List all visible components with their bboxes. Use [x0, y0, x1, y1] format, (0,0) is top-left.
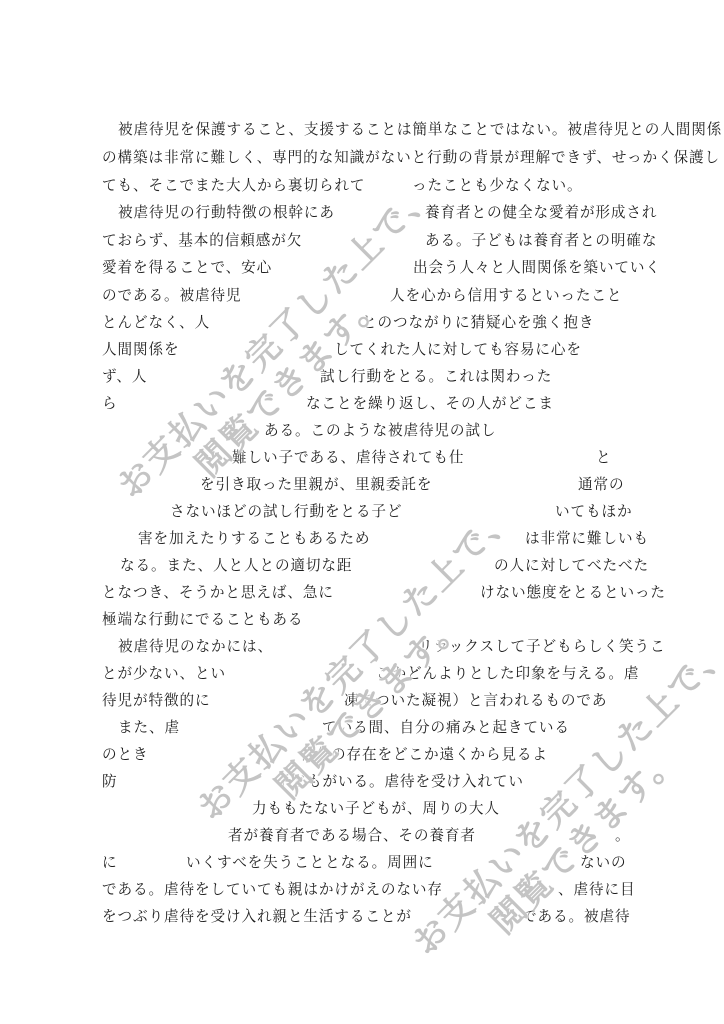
- text-line-segment: また、虐: [118, 719, 180, 737]
- text-line-segment: 被虐待児の行動特徴の根幹にあ: [118, 204, 335, 222]
- text-line-segment: 出会う人々と人間関係を築いていく: [413, 259, 661, 277]
- text-line-segment: 試し行動をとる。これは関わった: [320, 368, 552, 386]
- text-line-segment: ら: [102, 395, 118, 413]
- text-line-segment: 、虐待に目: [558, 881, 635, 899]
- text-line-segment: 通常の: [578, 476, 624, 494]
- text-line-segment: と: [596, 449, 612, 467]
- text-line-segment: 愛着を得ることで、安心: [102, 259, 272, 277]
- text-line-segment: ったことも少なくない。: [412, 177, 582, 195]
- text-line-segment: 人間関係を: [102, 341, 179, 359]
- text-line-segment: ず、人: [102, 368, 147, 386]
- text-line-segment: のとき: [102, 746, 148, 764]
- text-line-segment: 待児が特徴的に: [102, 692, 210, 710]
- text-line-segment: とんどなく、人: [102, 314, 210, 332]
- text-line-segment: となつき、そうかと思えば、急に: [102, 584, 334, 602]
- text-line-segment: の構築は非常に難しく、専門的な知識がないと行動の背景が理解できず、せっかく保護し: [102, 149, 720, 167]
- text-line-segment: 害を加えたりすることもあるため: [138, 530, 370, 548]
- text-line-segment: してくれた人に対しても容易に心を: [334, 341, 582, 359]
- text-line-segment: とのつながりに猜疑心を強く抱き: [362, 314, 594, 332]
- text-line-segment: いてもほか: [555, 503, 632, 521]
- text-line-segment: 防: [102, 773, 118, 791]
- text-line-segment: ておらず、基本的信頼感が欠: [102, 232, 302, 250]
- text-line-segment: なことを繰り返し、その人がどこま: [306, 395, 554, 413]
- text-line-segment: 難しい子である、虐待されても仕: [232, 449, 464, 467]
- text-line-segment: 人を心から信用するといったこと: [390, 287, 622, 305]
- text-line-segment: 極端な行動にでることもある: [102, 611, 303, 629]
- text-line-segment: ても、そこでまた大人から裏切られて: [102, 177, 365, 195]
- text-line-segment: に: [102, 854, 118, 872]
- text-line-segment: とが少ない、とい: [102, 665, 226, 683]
- text-line-segment: である。虐待をしていても親はかけがえのない存: [102, 881, 443, 899]
- text-line-segment: さないほどの試し行動をとる子ど: [170, 503, 402, 521]
- text-line-segment: を引き取った里親が、里親委託を: [200, 476, 432, 494]
- text-line-segment: 被虐待児を保護すること、支援することは簡単なことではない。被虐待児との人間関係: [118, 121, 722, 139]
- text-line-segment: 被虐待児のなかには、: [118, 638, 273, 656]
- text-line-segment: ある。このような被虐待児の試し: [264, 422, 496, 440]
- text-line-segment: をつぶり虐待を受け入れ親と生活することが: [102, 908, 412, 926]
- document-page: 被虐待児を保護すること、支援することは簡単なことではない。被虐待児との人間関係の…: [0, 0, 724, 1024]
- text-line-segment: いくすべを失うこととなる。周囲に: [186, 854, 434, 872]
- text-line-segment: なる。また、人と人との適切な距: [120, 557, 352, 575]
- text-line-segment: のである。被虐待児: [102, 287, 241, 305]
